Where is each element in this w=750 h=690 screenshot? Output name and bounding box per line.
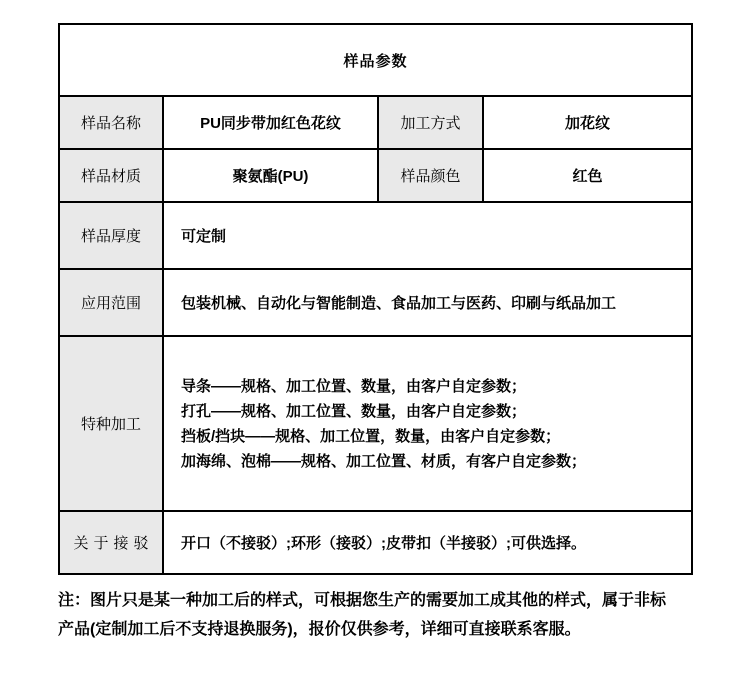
special-processing-line: 导条——规格、加工位置、数量，由客户自定参数；	[181, 374, 690, 399]
special-processing-line: 打孔——规格、加工位置、数量，由客户自定参数；	[181, 399, 690, 424]
value-application-scope: 包装机械、自动化与智能制造、食品加工与医药、印刷与纸品加工	[163, 269, 692, 336]
value-sample-name: PU同步带加红色花纹	[163, 96, 378, 149]
value-sample-color: 红色	[483, 149, 692, 202]
value-sample-thickness: 可定制	[163, 202, 692, 269]
table-row-material-color: 样品材质 聚氨酯(PU) 样品颜色 红色	[59, 149, 692, 202]
table-title: 样品参数	[59, 24, 692, 96]
label-belt-joining: 关于接驳	[59, 511, 163, 574]
table-row-special-processing: 特种加工 导条——规格、加工位置、数量，由客户自定参数； 打孔——规格、加工位置…	[59, 336, 692, 511]
special-processing-line: 加海绵、泡棉——规格、加工位置、材质，有客户自定参数；	[181, 449, 690, 474]
value-process-method: 加花纹	[483, 96, 692, 149]
value-belt-joining: 开口（不接驳）;环形（接驳）;皮带扣（半接驳）;可供选择。	[163, 511, 692, 574]
label-sample-thickness: 样品厚度	[59, 202, 163, 269]
footnote-line: 注：图片只是某一种加工后的样式，可根据您生产的需要加工成其他的样式，属于非标	[58, 586, 698, 615]
special-processing-line: 挡板/挡块——规格、加工位置，数量，由客户自定参数；	[181, 424, 690, 449]
value-sample-material: 聚氨酯(PU)	[163, 149, 378, 202]
footnote-line: 产品(定制加工后不支持退换服务)，报价仅供参考，详细可直接联系客服。	[58, 615, 698, 644]
label-special-processing: 特种加工	[59, 336, 163, 511]
label-process-method: 加工方式	[378, 96, 483, 149]
table-row-name-process: 样品名称 PU同步带加红色花纹 加工方式 加花纹	[59, 96, 692, 149]
title-row: 样品参数	[59, 24, 692, 96]
footnote: 注：图片只是某一种加工后的样式，可根据您生产的需要加工成其他的样式，属于非标 产…	[58, 586, 698, 644]
table-row-joining: 关于接驳 开口（不接驳）;环形（接驳）;皮带扣（半接驳）;可供选择。	[59, 511, 692, 574]
label-sample-color: 样品颜色	[378, 149, 483, 202]
table-row-application: 应用范围 包装机械、自动化与智能制造、食品加工与医药、印刷与纸品加工	[59, 269, 692, 336]
table-row-thickness: 样品厚度 可定制	[59, 202, 692, 269]
value-special-processing: 导条——规格、加工位置、数量，由客户自定参数； 打孔——规格、加工位置、数量，由…	[163, 336, 692, 511]
label-sample-material: 样品材质	[59, 149, 163, 202]
product-spec-sheet: 样品参数 样品名称 PU同步带加红色花纹 加工方式 加花纹 样品材质 聚氨酯(P…	[0, 0, 750, 690]
label-sample-name: 样品名称	[59, 96, 163, 149]
sample-parameters-table: 样品参数 样品名称 PU同步带加红色花纹 加工方式 加花纹 样品材质 聚氨酯(P…	[58, 23, 693, 575]
label-application-scope: 应用范围	[59, 269, 163, 336]
